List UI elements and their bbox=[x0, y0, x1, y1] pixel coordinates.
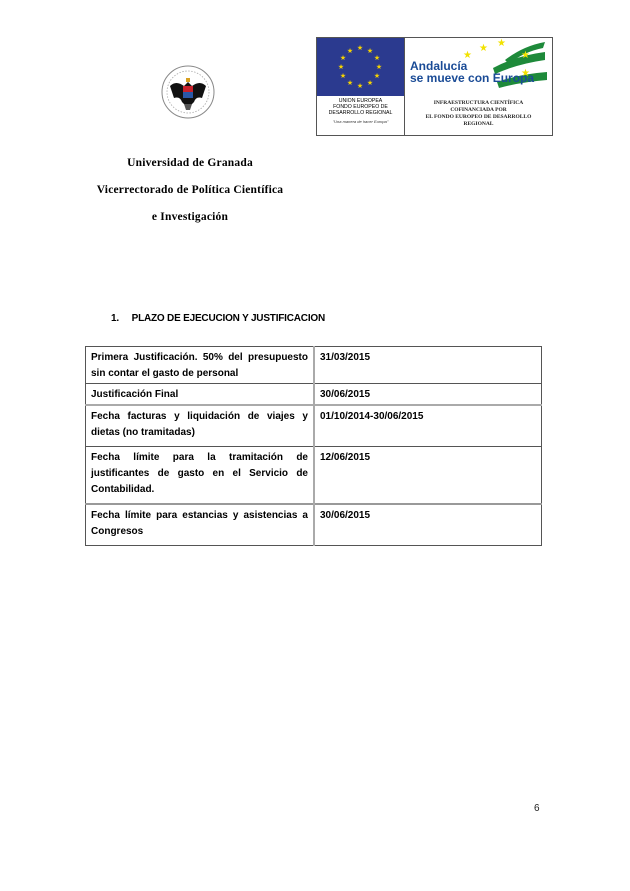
svg-text:★: ★ bbox=[367, 47, 373, 55]
andalucia-title: Andalucía se mueve con Europa bbox=[410, 60, 534, 84]
row-date: 31/03/2015 bbox=[314, 347, 542, 384]
vicerrectorado-line2: e Investigación bbox=[60, 204, 320, 231]
cofinanciacion-text: INFRAESTRUCTURA CIENTÍFICA COFINANCIADA … bbox=[405, 100, 552, 128]
svg-text:★: ★ bbox=[367, 79, 373, 87]
university-name: Universidad de Granada bbox=[60, 150, 320, 177]
section-heading: 1. PLAZO DE EJECUCION Y JUSTIFICACION bbox=[111, 313, 325, 324]
row-label: Fecha facturas y liquidación de viajes y… bbox=[86, 405, 315, 447]
eu-logo-panel: ★ ★ ★ ★ ★ ★ ★ ★ ★ ★ ★ ★ UNION EUROPEA FO… bbox=[317, 38, 405, 135]
svg-text:★: ★ bbox=[338, 63, 344, 71]
university-header: Universidad de Granada Vicerrectorado de… bbox=[60, 150, 320, 231]
vicerrectorado-line1: Vicerrectorado de Política Científica bbox=[60, 177, 320, 204]
table-row: Primera Justificación. 50% del presupues… bbox=[86, 347, 542, 384]
svg-text:★: ★ bbox=[340, 54, 346, 62]
cofin-line2: COFINANCIADA POR bbox=[405, 107, 552, 114]
andalucia-logo-panel: ★ ★ ★ ★ ★ Andalucía se mueve con Europa … bbox=[405, 38, 552, 135]
row-date: 30/06/2015 bbox=[314, 384, 542, 406]
eu-feder-logo: ★ ★ ★ ★ ★ ★ ★ ★ ★ ★ ★ ★ UNION EUROPEA FO… bbox=[316, 37, 553, 136]
eu-motto: "Una manera de hacer Europa" bbox=[317, 119, 404, 125]
section-number: 1. bbox=[111, 313, 129, 324]
svg-text:★: ★ bbox=[497, 38, 506, 49]
eu-flag-icon: ★ ★ ★ ★ ★ ★ ★ ★ ★ ★ ★ ★ bbox=[317, 38, 404, 96]
row-label: Fecha límite para la tramitación de just… bbox=[86, 447, 315, 505]
eu-text: UNION EUROPEA FONDO EUROPEO DE DESARROLL… bbox=[317, 96, 404, 135]
university-crest-icon bbox=[160, 64, 216, 120]
svg-text:★: ★ bbox=[374, 72, 380, 80]
svg-text:★: ★ bbox=[340, 72, 346, 80]
row-label: Fecha límite para estancias y asistencia… bbox=[86, 504, 315, 546]
section-title: PLAZO DE EJECUCION Y JUSTIFICACION bbox=[132, 313, 325, 324]
row-label: Justificación Final bbox=[86, 384, 315, 406]
svg-text:★: ★ bbox=[347, 79, 353, 87]
table-row: Fecha límite para la tramitación de just… bbox=[86, 447, 542, 505]
svg-text:★: ★ bbox=[376, 63, 382, 71]
deadlines-table: Primera Justificación. 50% del presupues… bbox=[85, 346, 542, 546]
eu-line3: DESARROLLO REGIONAL bbox=[317, 110, 404, 116]
table-row: Justificación Final 30/06/2015 bbox=[86, 384, 542, 406]
cofin-line4: REGIONAL bbox=[405, 121, 552, 128]
cofin-line3: EL FONDO EUROPEO DE DESARROLLO bbox=[405, 114, 552, 121]
andalucia-line2: se mueve con Europa bbox=[410, 72, 534, 84]
svg-text:★: ★ bbox=[479, 43, 488, 54]
page-number: 6 bbox=[534, 803, 540, 814]
row-date: 30/06/2015 bbox=[314, 504, 542, 546]
svg-text:★: ★ bbox=[347, 47, 353, 55]
table-row: Fecha límite para estancias y asistencia… bbox=[86, 504, 542, 546]
table-row: Fecha facturas y liquidación de viajes y… bbox=[86, 405, 542, 447]
row-date: 12/06/2015 bbox=[314, 447, 542, 505]
cofin-line1: INFRAESTRUCTURA CIENTÍFICA bbox=[405, 100, 552, 107]
row-label: Primera Justificación. 50% del presupues… bbox=[86, 347, 315, 384]
svg-text:★: ★ bbox=[357, 44, 363, 52]
svg-text:★: ★ bbox=[374, 54, 380, 62]
svg-text:★: ★ bbox=[357, 82, 363, 90]
row-date: 01/10/2014-30/06/2015 bbox=[314, 405, 542, 447]
